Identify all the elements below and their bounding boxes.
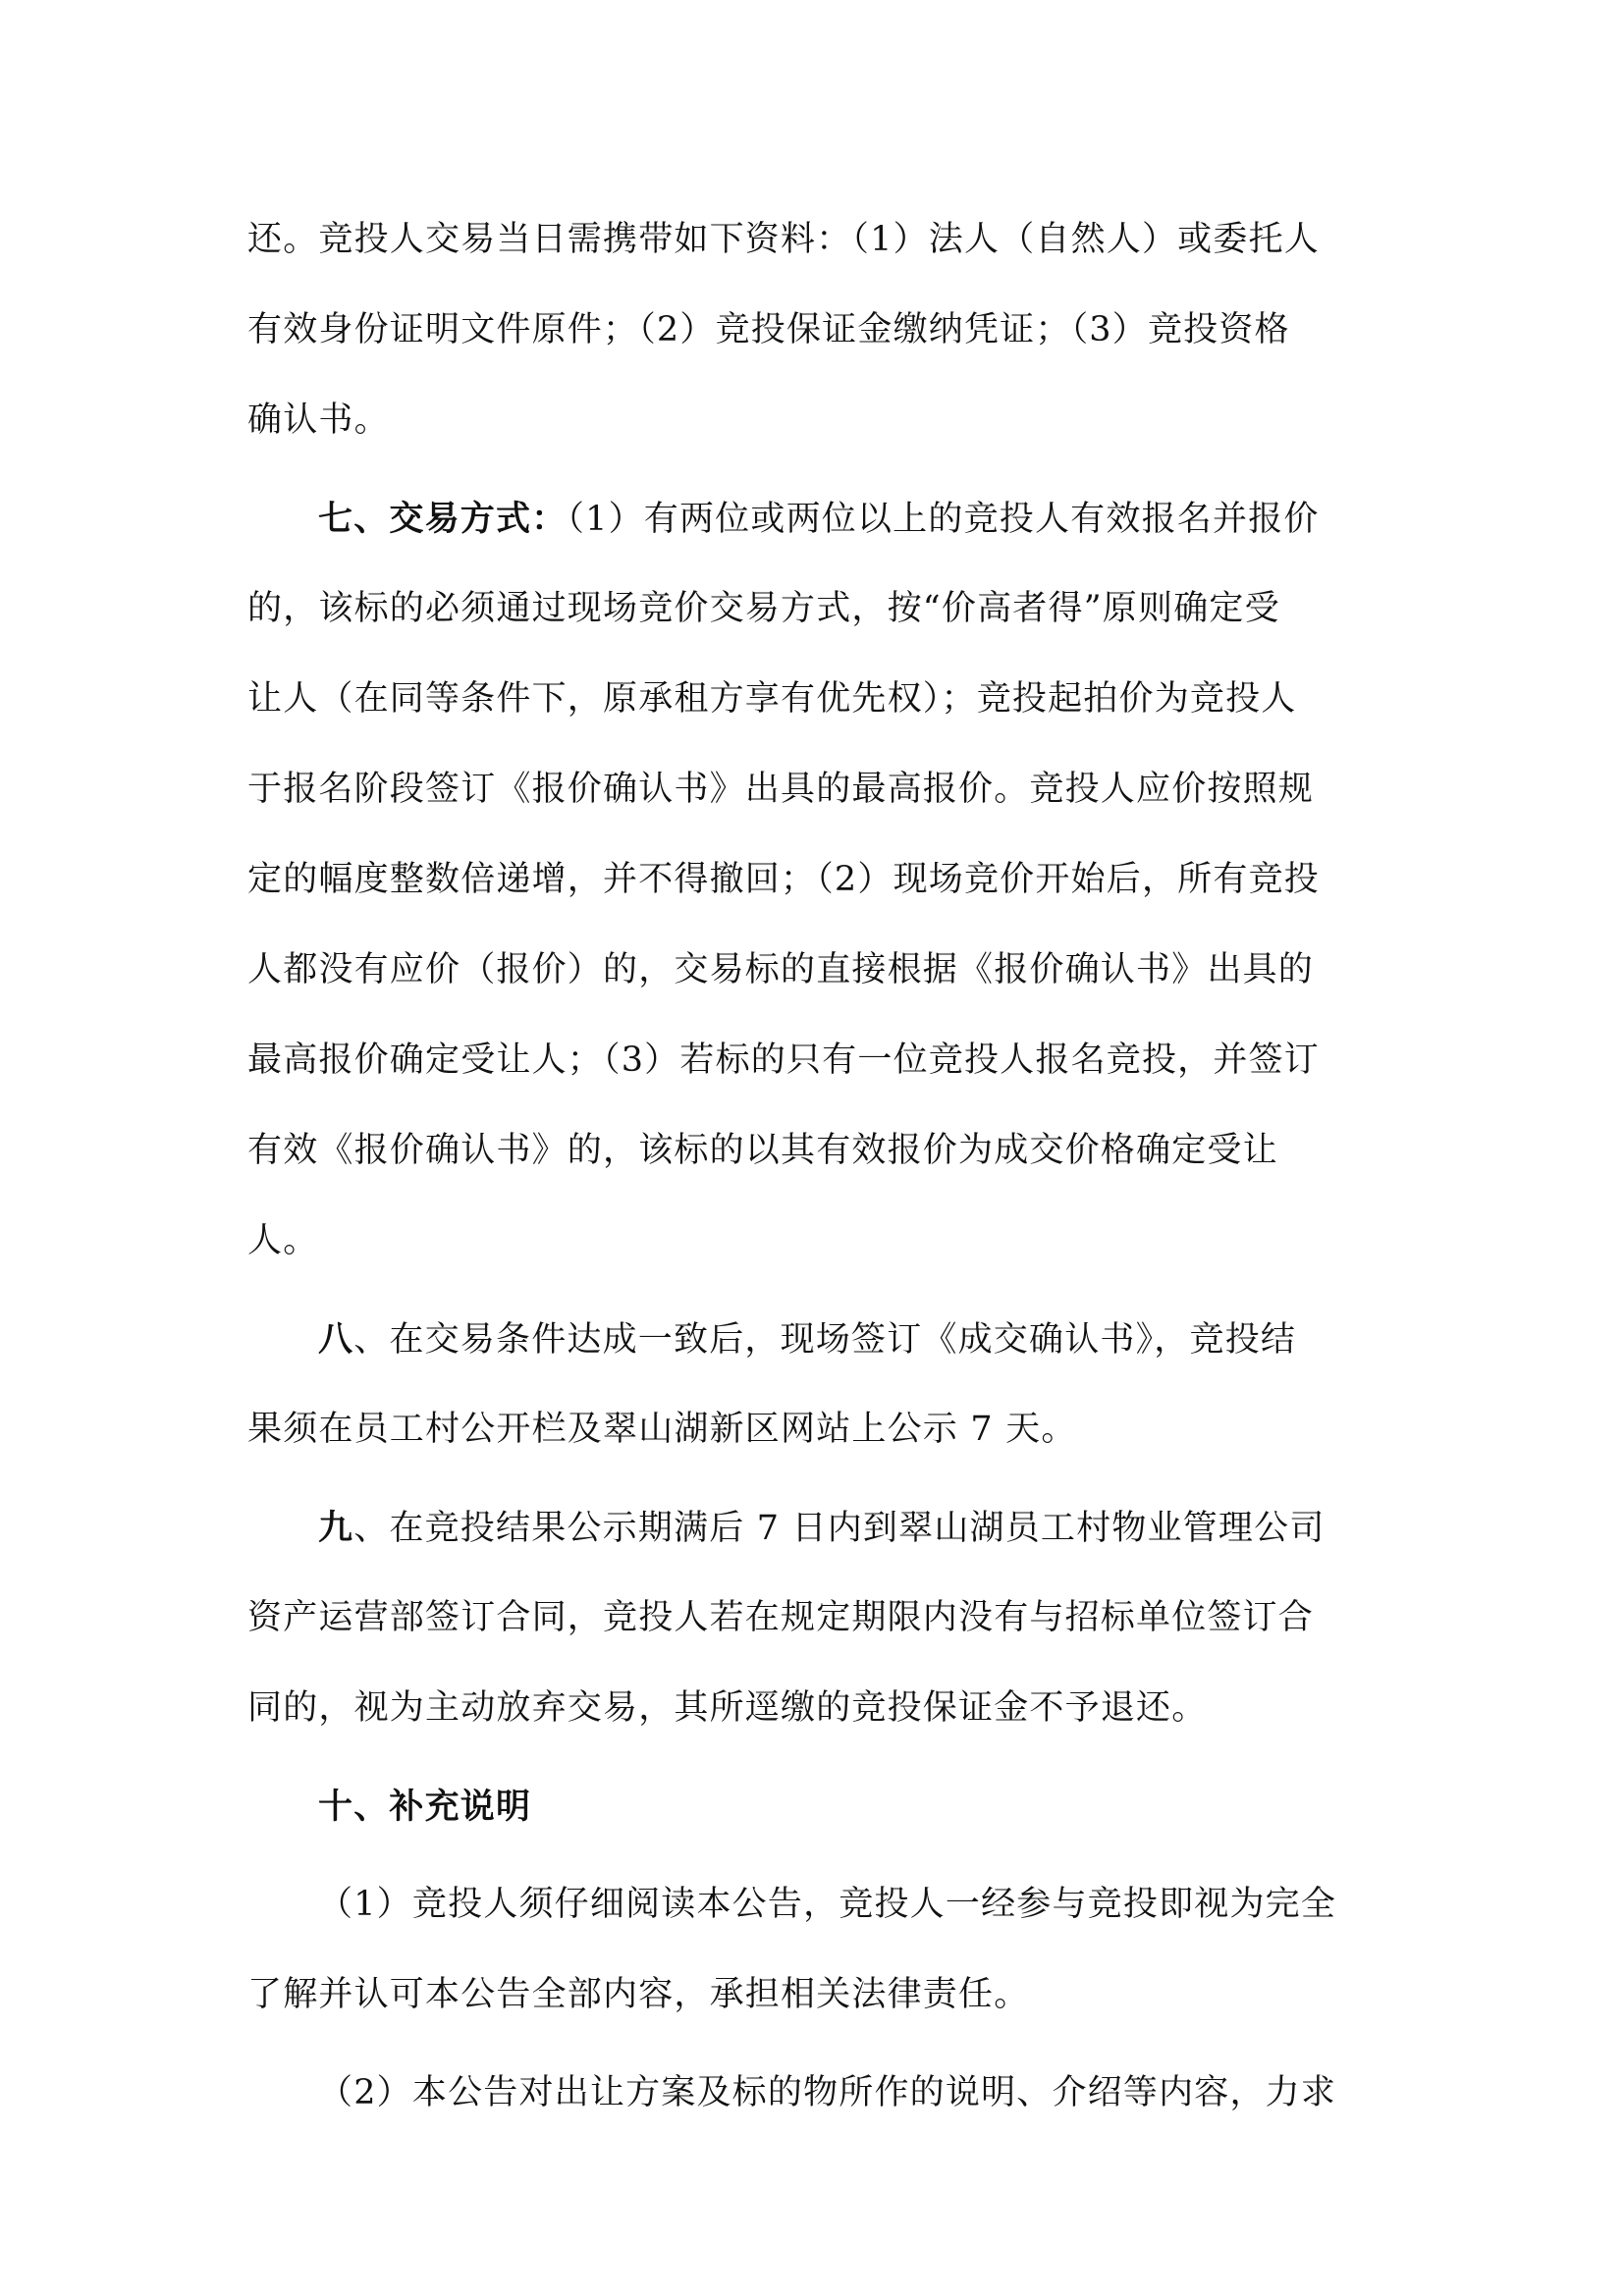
text-line: 的，该标的必须通过现场竞价交易方式，按“价高者得”原则确定受 [247, 587, 1386, 631]
text-line: 人都没有应价（报价）的，交易标的直接根据《报价确认书》出具的 [247, 948, 1386, 992]
text-line: 于报名阶段签订《报价确认书》出具的最高报价。竞投人应价按照规 [247, 768, 1386, 812]
text-line: 还。竞投人交易当日需携带如下资料：（1）法人（自然人）或委托人 [247, 218, 1386, 262]
text-line: 有效身份证明文件原件；（2）竞投保证金缴纳凭证；（3）竞投资格 [247, 308, 1386, 352]
supplementary-item-2: （2）本公告对出让方案及标的物所作的说明、介绍等内容，力求 [247, 2071, 1386, 2115]
text-line: 同的，视为主动放弃交易，其所逕缴的竞投保证金不予退还。 [247, 1686, 1386, 1731]
section-trading-method: 七、交易方式：（1）有两位或两位以上的竞投人有效报名并报价 的，该标的必须通过现… [247, 497, 1386, 1263]
text-line: 让人（在同等条件下，原承租方享有优先权）；竞投起拍价为竞投人 [247, 677, 1386, 721]
text-line: 确认书。 [247, 399, 1386, 443]
text-line: 八、在交易条件达成一致后，现场签订《成交确认书》，竞投结 [247, 1317, 1386, 1362]
text-line: （2）本公告对出让方案及标的物所作的说明、介绍等内容，力求 [247, 2071, 1386, 2115]
supplementary-item-1: （1）竞投人须仔细阅读本公告，竞投人一经参与竞投即视为完全 了解并认可本公告全部… [247, 1883, 1386, 2017]
text-span: 、在交易条件达成一致后，现场签订《成交确认书》，竞投结 [353, 1320, 1296, 1360]
text-line: （1）竞投人须仔细阅读本公告，竞投人一经参与竞投即视为完全 [247, 1883, 1386, 1927]
section-heading: 九 [318, 1508, 353, 1548]
text-line: 九、在竞投结果公示期满后 7 日内到翠山湖员工村物业管理公司 [247, 1506, 1386, 1550]
text-line: 定的幅度整数倍递增，并不得撤回；（2）现场竞价开始后，所有竞投 [247, 858, 1386, 902]
text-line: 最高报价确定受让人；（3）若标的只有一位竞投人报名竞投，并签订 [247, 1039, 1386, 1083]
text-span: （1）有两位或两位以上的竞投人有效报名并报价 [567, 500, 1319, 539]
text-span: 、在竞投结果公示期满后 7 日内到翠山湖员工村物业管理公司 [353, 1509, 1325, 1548]
section-heading: 七、交易方式： [318, 499, 567, 539]
section-deal-confirmation: 八、在交易条件达成一致后，现场签订《成交确认书》，竞投结 果须在员工村公开栏及翠… [247, 1317, 1386, 1452]
paragraph-required-materials: 还。竞投人交易当日需携带如下资料：（1）法人（自然人）或委托人 有效身份证明文件… [247, 218, 1386, 443]
section-heading-supplementary: 十、补充说明 [247, 1785, 1386, 1829]
section-heading: 八 [318, 1319, 353, 1360]
document-page: 还。竞投人交易当日需携带如下资料：（1）法人（自然人）或委托人 有效身份证明文件… [247, 218, 1386, 2162]
text-line: 资产运营部签订合同，竞投人若在规定期限内没有与招标单位签订合 [247, 1596, 1386, 1640]
text-line: 了解并认可本公告全部内容，承担相关法律责任。 [247, 1973, 1386, 2017]
section-contract-signing: 九、在竞投结果公示期满后 7 日内到翠山湖员工村物业管理公司 资产运营部签订合同… [247, 1506, 1386, 1731]
text-line: 人。 [247, 1219, 1386, 1263]
text-line: 果须在员工村公开栏及翠山湖新区网站上公示 7 天。 [247, 1408, 1386, 1452]
text-line: 七、交易方式：（1）有两位或两位以上的竞投人有效报名并报价 [247, 497, 1386, 541]
text-line: 有效《报价确认书》的，该标的以其有效报价为成交价格确定受让 [247, 1129, 1386, 1173]
